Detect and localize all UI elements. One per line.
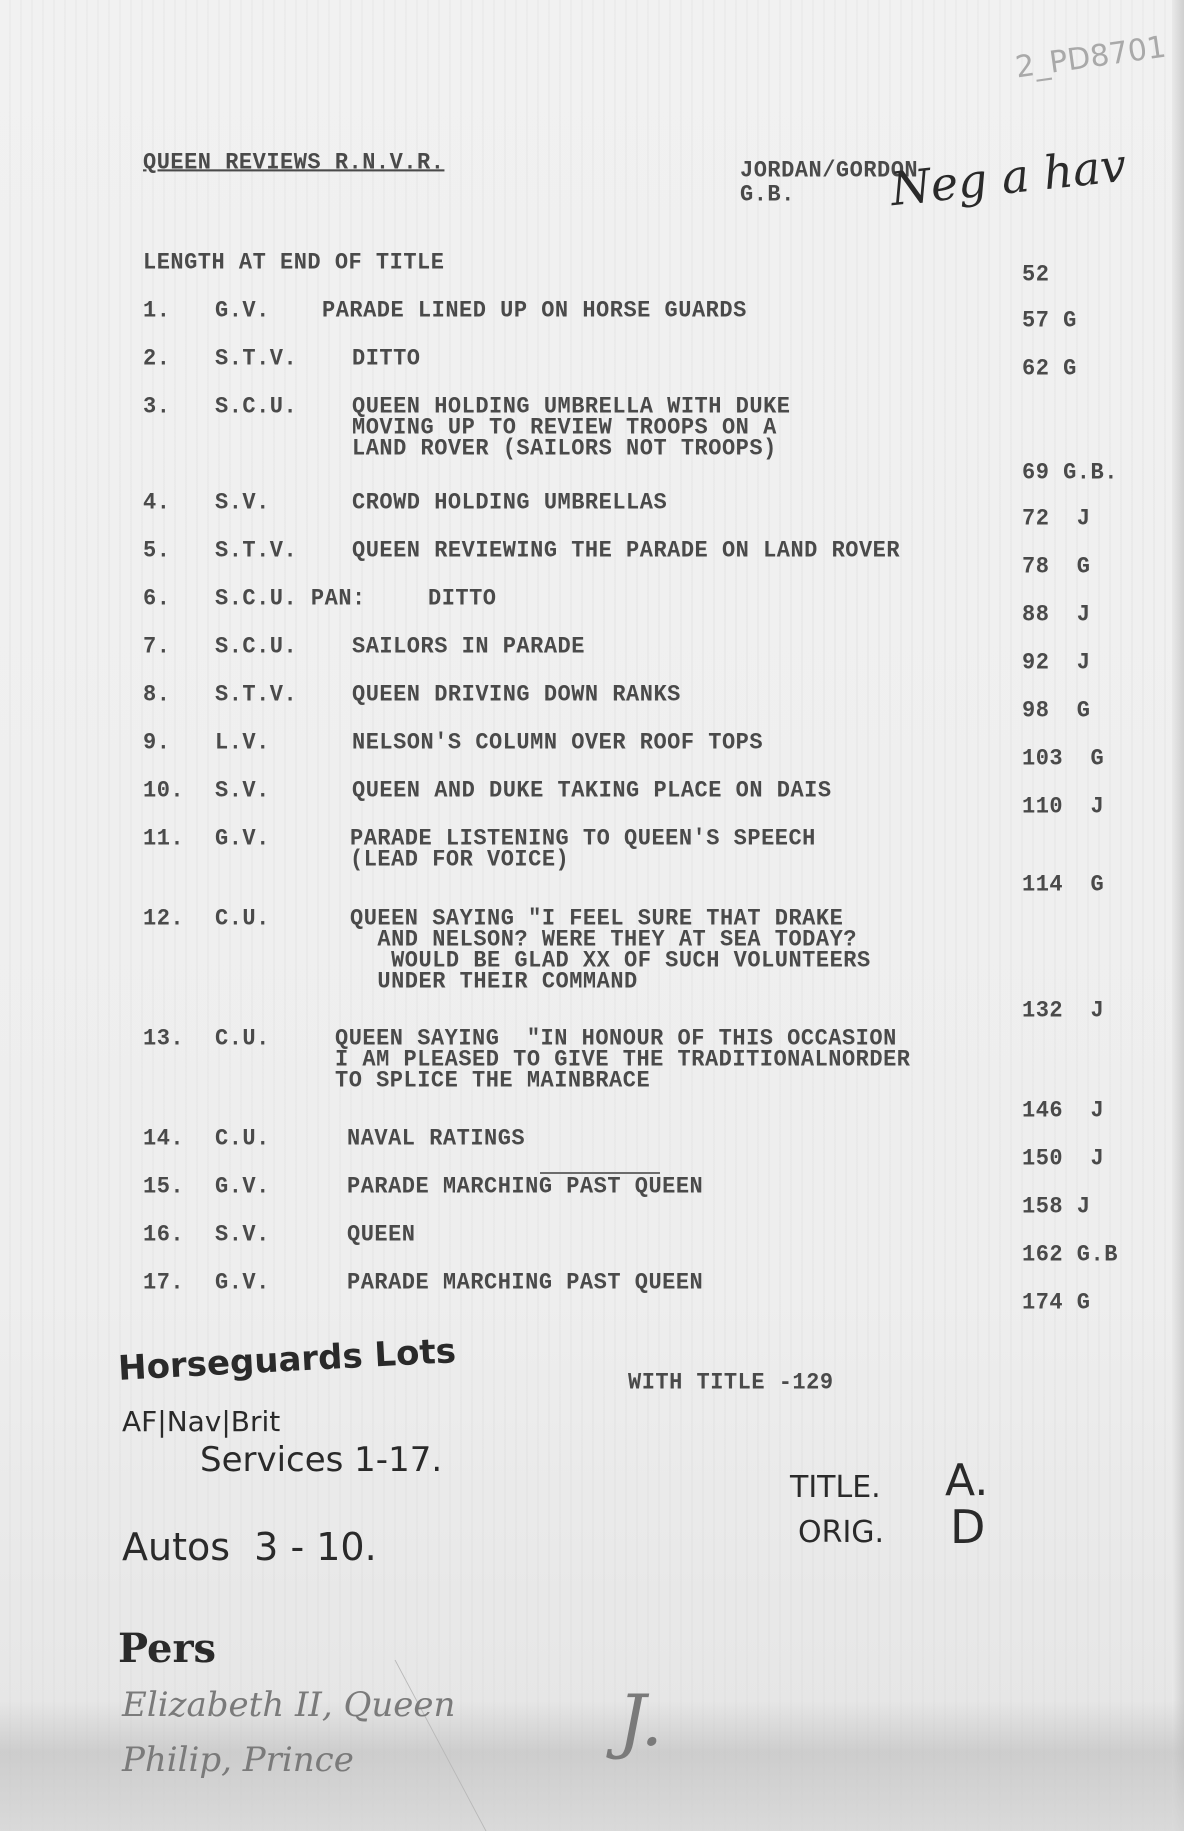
shot-footage: 110 J xyxy=(1022,795,1104,817)
length-value: 52 xyxy=(1022,263,1049,285)
handwritten-autos: Autos 3 - 10. xyxy=(122,1525,377,1569)
shot-footage: 103 G xyxy=(1022,747,1104,769)
handwritten-title-value: A. xyxy=(945,1455,988,1506)
shot-type: S.C.U. xyxy=(215,635,297,657)
shot-footage: 62 G xyxy=(1022,357,1077,379)
shot-number: 2. xyxy=(143,347,170,369)
shot-number: 13. xyxy=(143,1027,184,1049)
shot-number: 7. xyxy=(143,635,170,657)
shot-number: 4. xyxy=(143,491,170,513)
archive-stamp: 2_PD8701 xyxy=(1013,30,1168,86)
shot-type: S.V. xyxy=(215,491,270,513)
camera-credit-line2: G.B. xyxy=(740,183,795,205)
shot-number: 14. xyxy=(143,1127,184,1149)
shot-number: 15. xyxy=(143,1175,184,1197)
shot-description-line: QUEEN AND DUKE TAKING PLACE ON DAIS xyxy=(352,779,832,801)
shot-footage: 146 J xyxy=(1022,1099,1104,1121)
handwritten-horseguards: Horseguards Lots xyxy=(117,1331,457,1389)
shot-footage: 57 G xyxy=(1022,309,1077,331)
handwritten-services-line2: Services 1-17. xyxy=(200,1440,442,1480)
shot-type: G.V. xyxy=(215,1271,270,1293)
shot-footage: 78 G xyxy=(1022,555,1091,577)
shot-footage: 132 J xyxy=(1022,999,1104,1021)
handwritten-underline xyxy=(540,1172,660,1174)
handwritten-pers-label: Pers xyxy=(118,1625,216,1672)
shot-type: C.U. xyxy=(215,907,270,929)
shot-number: 11. xyxy=(143,827,184,849)
handwritten-orig-label: ORIG. xyxy=(798,1515,884,1550)
shot-number: 9. xyxy=(143,731,170,753)
shot-type: S.T.V. xyxy=(215,347,297,369)
shot-footage: 88 J xyxy=(1022,603,1091,625)
shot-description-line: DITTO xyxy=(352,347,421,369)
shot-type: G.V. xyxy=(215,299,270,321)
shot-number: 6. xyxy=(143,587,170,609)
shot-number: 12. xyxy=(143,907,184,929)
shot-description-line: PARADE LINED UP ON HORSE GUARDS xyxy=(322,299,747,321)
shot-footage: 69 G.B. xyxy=(1022,461,1118,483)
handwritten-services-line1: AF|Nav|Brit xyxy=(122,1405,280,1438)
shot-footage: 114 G xyxy=(1022,873,1104,895)
shot-description-line: SAILORS IN PARADE xyxy=(352,635,585,657)
shot-type: S.C.U. xyxy=(215,395,297,417)
document-title: QUEEN REVIEWS R.N.V.R. xyxy=(143,151,444,173)
shot-footage: 158 J xyxy=(1022,1195,1091,1217)
shot-number: 16. xyxy=(143,1223,184,1245)
shot-number: 1. xyxy=(143,299,170,321)
shot-footage: 162 G.B xyxy=(1022,1243,1118,1265)
scanned-document-page: 2_PD8701 QUEEN REVIEWS R.N.V.R. JORDAN/G… xyxy=(0,0,1184,1831)
shot-description-line: TO SPLICE THE MAINBRACE xyxy=(335,1069,650,1091)
shot-number: 10. xyxy=(143,779,184,801)
handwritten-orig-value: D xyxy=(950,1500,985,1554)
handwritten-person-2: Philip, Prince xyxy=(122,1740,354,1780)
handwritten-initial: J. xyxy=(618,1680,663,1762)
shot-type: G.V. xyxy=(215,1175,270,1197)
shot-description-line: QUEEN REVIEWING THE PARADE ON LAND ROVER xyxy=(352,539,900,561)
shot-description-line: PARADE MARCHING PAST QUEEN xyxy=(347,1175,703,1197)
shot-description-line: NELSON'S COLUMN OVER ROOF TOPS xyxy=(352,731,763,753)
shot-footage: 92 J xyxy=(1022,651,1091,673)
shot-description-line: (LEAD FOR VOICE) xyxy=(350,848,569,870)
shot-number: 17. xyxy=(143,1271,184,1293)
shot-description-line: LAND ROVER (SAILORS NOT TROOPS) xyxy=(352,437,777,459)
shot-description-line: NAVAL RATINGS xyxy=(347,1127,525,1149)
shot-number: 5. xyxy=(143,539,170,561)
handwritten-neg-note: Neg a hav xyxy=(888,138,1129,216)
shot-type: S.T.V. xyxy=(215,539,297,561)
shot-type: S.C.U. PAN: xyxy=(215,587,366,609)
shot-type: C.U. xyxy=(215,1027,270,1049)
shot-description-line: CROWD HOLDING UMBRELLAS xyxy=(352,491,667,513)
shot-description-line: QUEEN DRIVING DOWN RANKS xyxy=(352,683,681,705)
shot-number: 8. xyxy=(143,683,170,705)
with-title-length: WITH TITLE -129 xyxy=(628,1371,834,1393)
handwritten-person-1: Elizabeth II, Queen xyxy=(122,1685,455,1725)
shot-footage: 72 J xyxy=(1022,507,1091,529)
shot-type: C.U. xyxy=(215,1127,270,1149)
shot-type: S.V. xyxy=(215,1223,270,1245)
shot-footage: 174 G xyxy=(1022,1291,1091,1313)
shot-type: L.V. xyxy=(215,731,270,753)
shot-description-line: QUEEN xyxy=(347,1223,416,1245)
shot-description-line: PARADE MARCHING PAST QUEEN xyxy=(347,1271,703,1293)
shot-description-line: UNDER THEIR COMMAND xyxy=(350,970,638,992)
shot-footage: 98 G xyxy=(1022,699,1091,721)
shot-number: 3. xyxy=(143,395,170,417)
shot-description-line: DITTO xyxy=(428,587,497,609)
shot-footage: 150 J xyxy=(1022,1147,1104,1169)
page-edge xyxy=(1172,0,1184,1831)
length-label: LENGTH AT END OF TITLE xyxy=(143,251,444,273)
shot-type: S.T.V. xyxy=(215,683,297,705)
shot-type: G.V. xyxy=(215,827,270,849)
shot-type: S.V. xyxy=(215,779,270,801)
handwritten-title-label: TITLE. xyxy=(790,1470,881,1505)
